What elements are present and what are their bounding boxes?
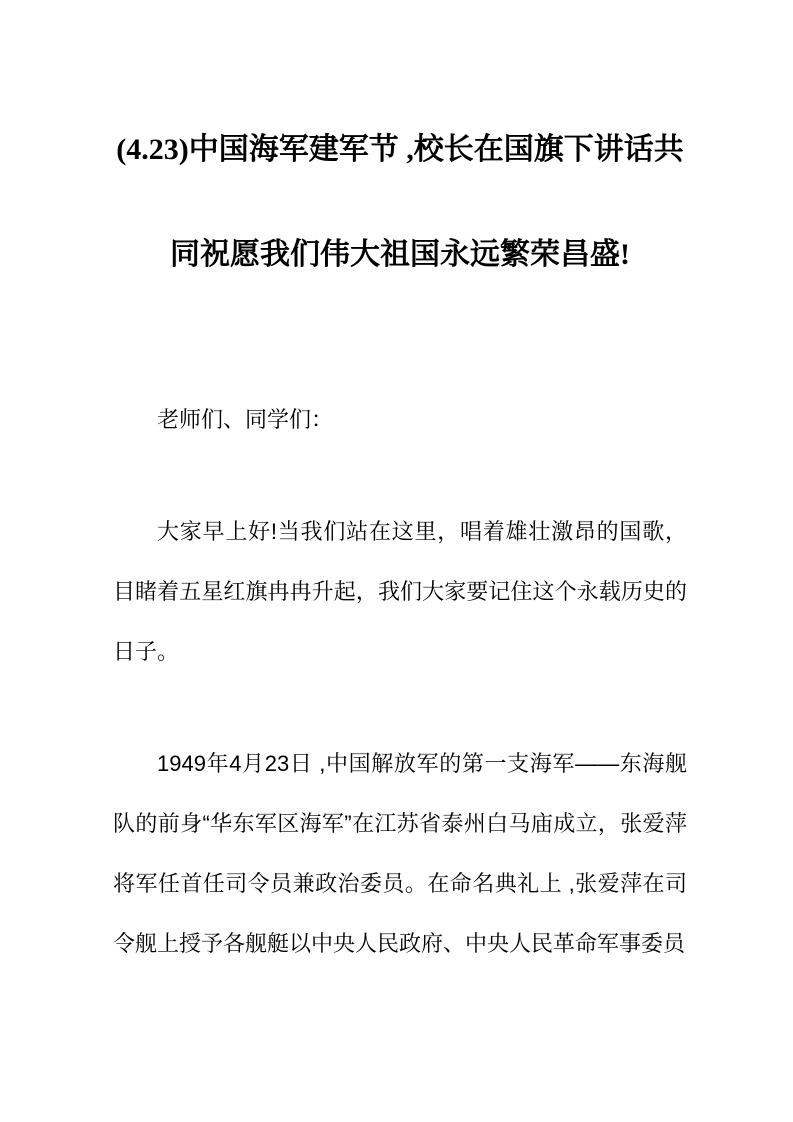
document-content: (4.23)中国海军建军节 ,校长在国旗下讲话共同祝愿我们伟大祖国永远繁荣昌盛!…: [113, 97, 687, 974]
document-page: (4.23)中国海军建军节 ,校长在国旗下讲话共同祝愿我们伟大祖国永远繁荣昌盛!…: [0, 0, 793, 1122]
document-title: (4.23)中国海军建军节 ,校长在国旗下讲话共同祝愿我们伟大祖国永远繁荣昌盛!: [113, 97, 687, 307]
history-paragraph: 1949年4月23日 ,中国解放军的第一支海军——东海舰队的前身“华东军区海军”…: [113, 734, 687, 974]
greeting-paragraph: 大家早上好!当我们站在这里，唱着雄壮激昂的国歌，目睹着五星红旗冉冉升起，我们大家…: [113, 502, 687, 682]
salutation-paragraph: 老师们、同学们：: [113, 390, 687, 450]
